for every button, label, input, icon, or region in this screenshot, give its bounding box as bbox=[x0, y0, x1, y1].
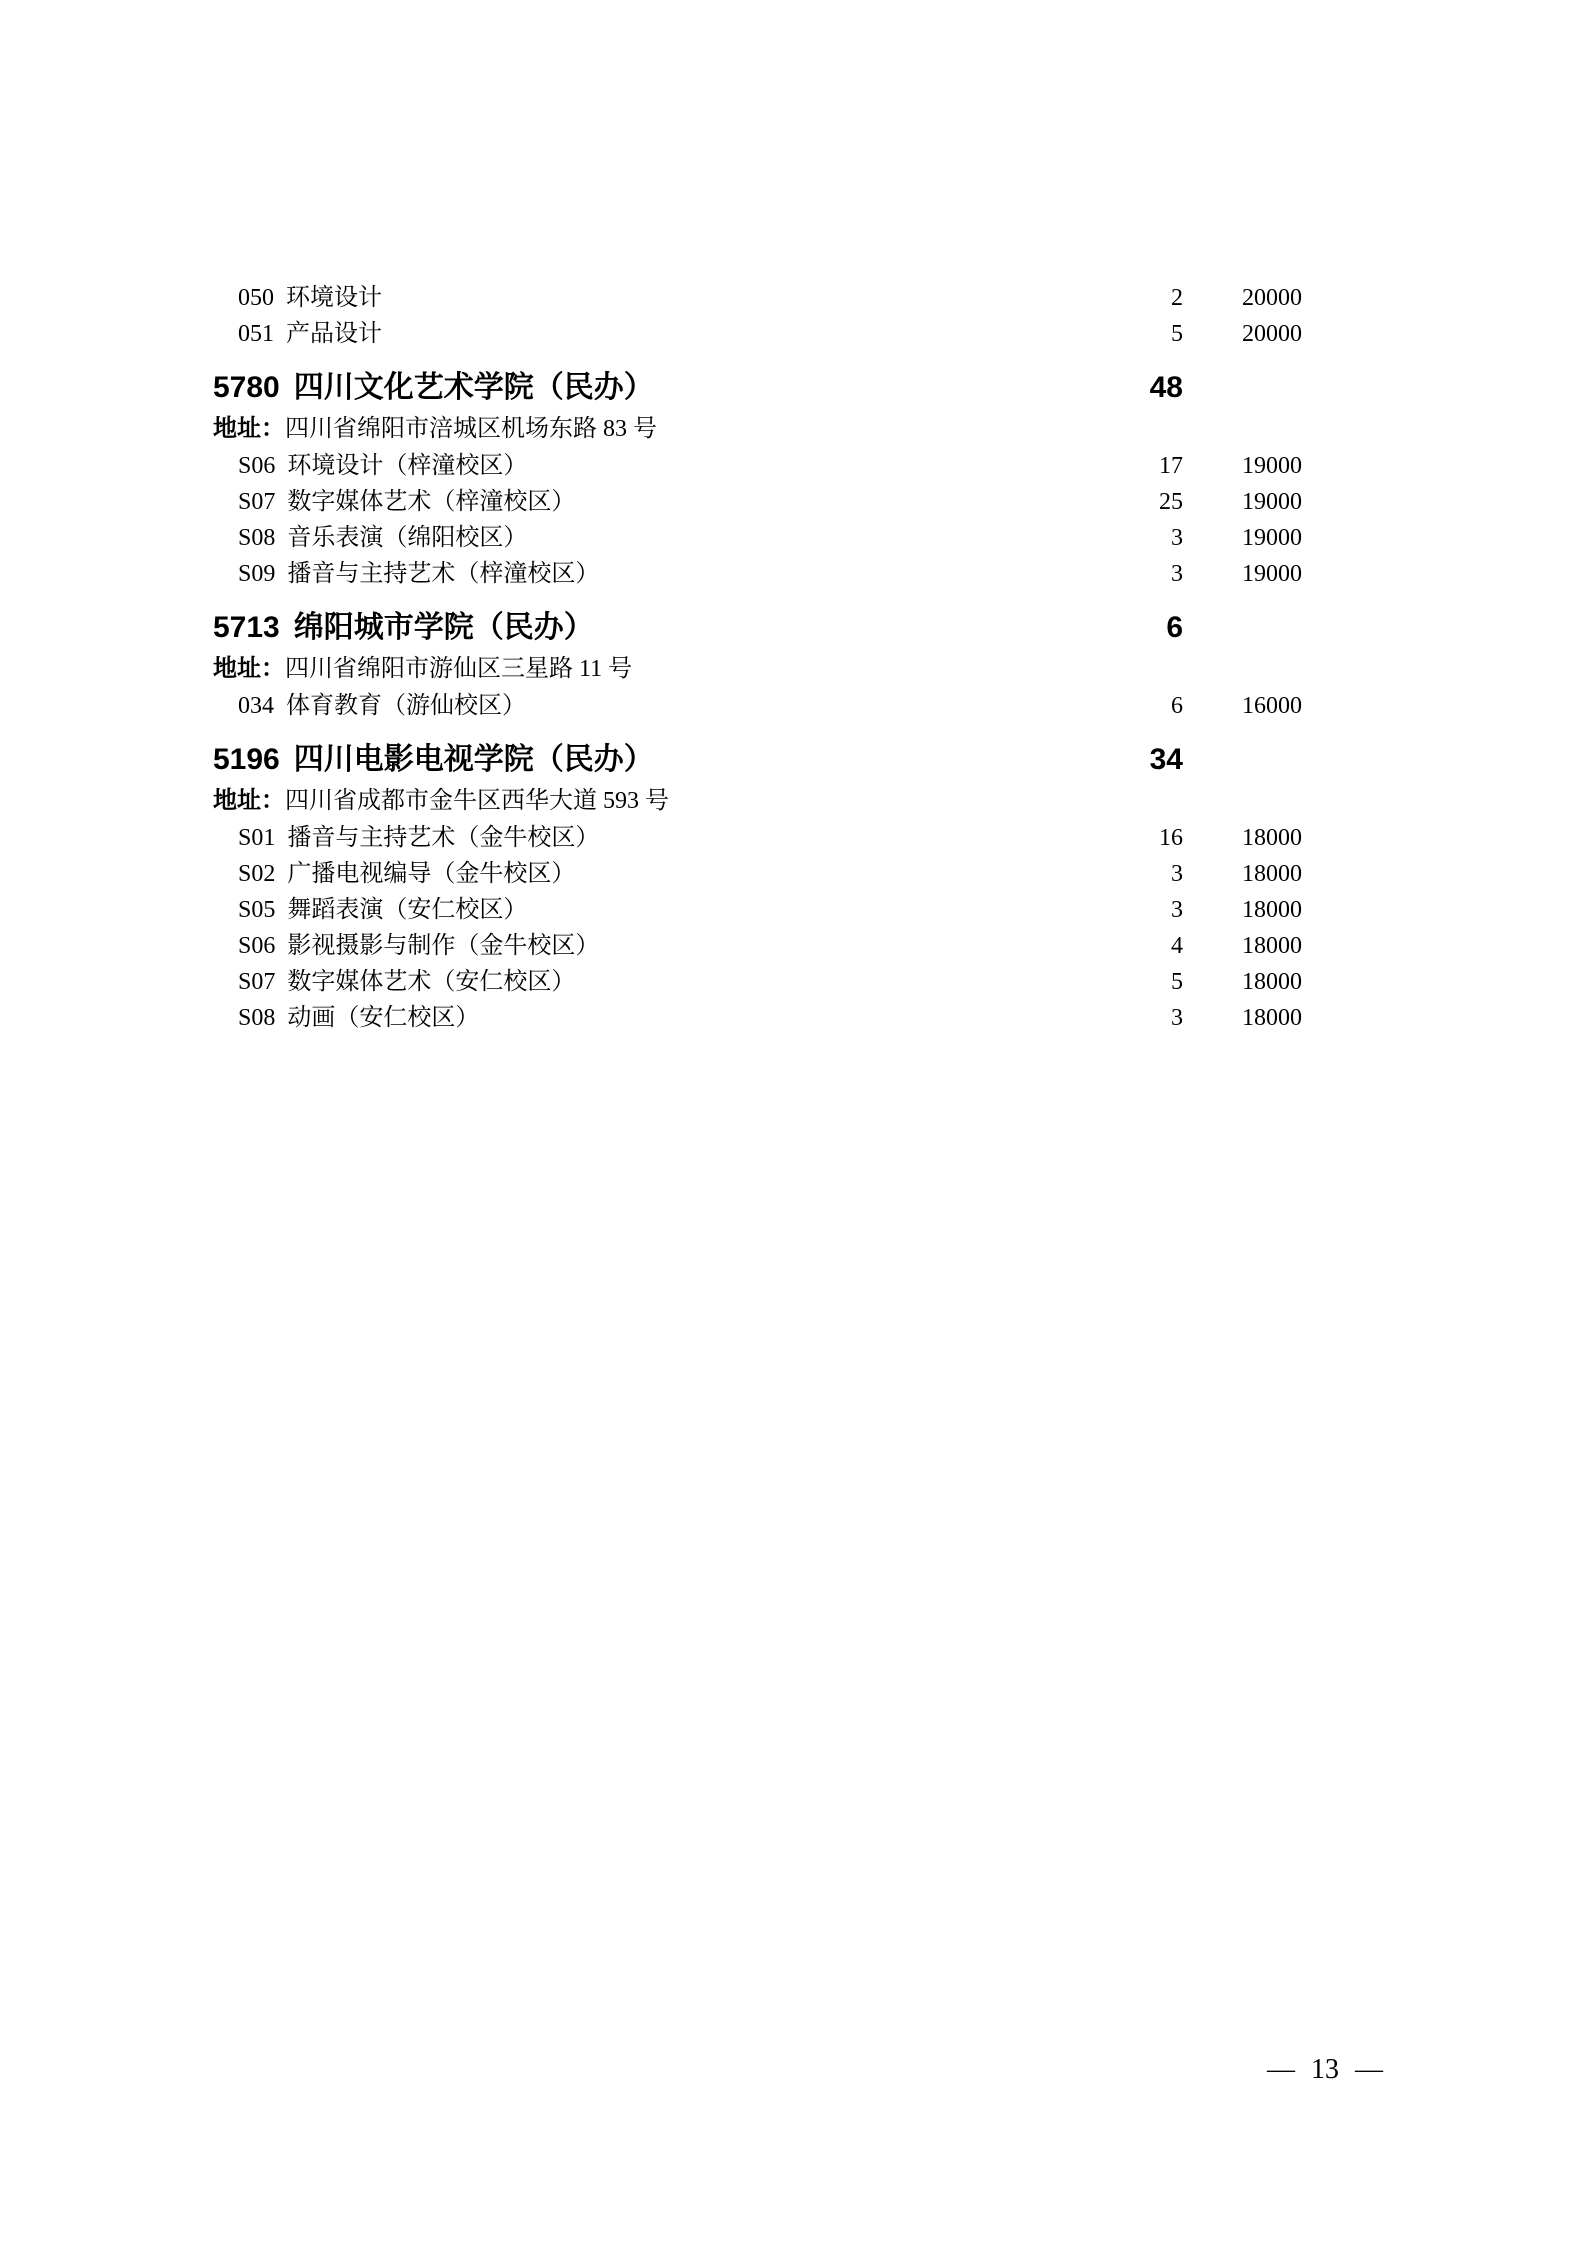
institution-name: 四川电影电视学院（民办） bbox=[294, 738, 1073, 782]
institution-code: 5196 bbox=[213, 738, 280, 782]
program-fee: 16000 bbox=[1183, 688, 1302, 724]
institution-code: 5713 bbox=[213, 606, 280, 650]
program-count: 3 bbox=[1073, 520, 1183, 556]
program-name: 播音与主持艺术（金牛校区） bbox=[287, 820, 1073, 856]
program-name: 播音与主持艺术（梓潼校区） bbox=[287, 556, 1073, 592]
program-fee: 18000 bbox=[1183, 1000, 1302, 1036]
institution-name: 四川文化艺术学院（民办） bbox=[294, 366, 1073, 410]
address-label: 地址： bbox=[213, 782, 285, 820]
program-row: S02 广播电视编导（金牛校区） 3 18000 bbox=[213, 856, 1302, 892]
program-fee: 19000 bbox=[1183, 520, 1302, 556]
program-count: 3 bbox=[1073, 1000, 1183, 1036]
document-page: 050 环境设计 2 20000 051 产品设计 5 20000 5780 四… bbox=[0, 0, 1587, 2245]
program-code: 050 bbox=[238, 280, 274, 316]
institution-count: 6 bbox=[1073, 606, 1183, 650]
program-code: S08 bbox=[238, 520, 275, 556]
address-label: 地址： bbox=[213, 650, 285, 688]
program-fee: 19000 bbox=[1183, 484, 1302, 520]
program-fee: 18000 bbox=[1183, 892, 1302, 928]
program-row: 050 环境设计 2 20000 bbox=[213, 280, 1302, 316]
program-name: 音乐表演（绵阳校区） bbox=[287, 520, 1073, 556]
program-name: 舞蹈表演（安仁校区） bbox=[287, 892, 1073, 928]
program-code: S08 bbox=[238, 1000, 275, 1036]
program-count: 16 bbox=[1073, 820, 1183, 856]
program-row: S08 动画（安仁校区） 3 18000 bbox=[213, 1000, 1302, 1036]
institution-count: 34 bbox=[1073, 738, 1183, 782]
program-row: 051 产品设计 5 20000 bbox=[213, 316, 1302, 352]
program-code: S06 bbox=[238, 928, 275, 964]
program-row: S09 播音与主持艺术（梓潼校区） 3 19000 bbox=[213, 556, 1302, 592]
institution-header: 5196 四川电影电视学院（民办） 34 bbox=[213, 738, 1302, 782]
program-fee: 20000 bbox=[1183, 316, 1302, 352]
program-count: 4 bbox=[1073, 928, 1183, 964]
program-row: S07 数字媒体艺术（安仁校区） 5 18000 bbox=[213, 964, 1302, 1000]
address-text: 四川省绵阳市涪城区机场东路 83 号 bbox=[285, 410, 657, 448]
program-name: 影视摄影与制作（金牛校区） bbox=[287, 928, 1073, 964]
program-count: 6 bbox=[1073, 688, 1183, 724]
institution-header: 5713 绵阳城市学院（民办） 6 bbox=[213, 606, 1302, 650]
program-code: S05 bbox=[238, 892, 275, 928]
program-count: 3 bbox=[1073, 892, 1183, 928]
address-row: 地址： 四川省成都市金牛区西华大道 593 号 bbox=[213, 782, 1302, 820]
program-row: S06 影视摄影与制作（金牛校区） 4 18000 bbox=[213, 928, 1302, 964]
program-code: S07 bbox=[238, 964, 275, 1000]
program-fee: 18000 bbox=[1183, 928, 1302, 964]
program-name: 数字媒体艺术（安仁校区） bbox=[287, 964, 1073, 1000]
program-code: S06 bbox=[238, 448, 275, 484]
program-name: 广播电视编导（金牛校区） bbox=[287, 856, 1073, 892]
institution-name: 绵阳城市学院（民办） bbox=[294, 606, 1073, 650]
program-fee: 19000 bbox=[1183, 448, 1302, 484]
program-code: S02 bbox=[238, 856, 275, 892]
program-row: S08 音乐表演（绵阳校区） 3 19000 bbox=[213, 520, 1302, 556]
address-text: 四川省成都市金牛区西华大道 593 号 bbox=[285, 782, 669, 820]
footer-page-number: 13 bbox=[1311, 2052, 1339, 2088]
program-count: 5 bbox=[1073, 316, 1183, 352]
institution-header: 5780 四川文化艺术学院（民办） 48 bbox=[213, 366, 1302, 410]
program-code: S07 bbox=[238, 484, 275, 520]
program-code: 034 bbox=[238, 688, 274, 724]
institution-code: 5780 bbox=[213, 366, 280, 410]
program-count: 5 bbox=[1073, 964, 1183, 1000]
program-count: 3 bbox=[1073, 856, 1183, 892]
program-count: 17 bbox=[1073, 448, 1183, 484]
program-row: S01 播音与主持艺术（金牛校区） 16 18000 bbox=[213, 820, 1302, 856]
program-fee: 18000 bbox=[1183, 856, 1302, 892]
program-fee: 19000 bbox=[1183, 556, 1302, 592]
address-label: 地址： bbox=[213, 410, 285, 448]
program-row: S07 数字媒体艺术（梓潼校区） 25 19000 bbox=[213, 484, 1302, 520]
footer-dash-left: — bbox=[1267, 2052, 1295, 2088]
program-count: 2 bbox=[1073, 280, 1183, 316]
program-fee: 18000 bbox=[1183, 964, 1302, 1000]
program-row: S05 舞蹈表演（安仁校区） 3 18000 bbox=[213, 892, 1302, 928]
program-name: 环境设计 bbox=[286, 280, 1073, 316]
program-name: 动画（安仁校区） bbox=[287, 1000, 1073, 1036]
program-code: S09 bbox=[238, 556, 275, 592]
program-code: 051 bbox=[238, 316, 274, 352]
program-row: 034 体育教育（游仙校区） 6 16000 bbox=[213, 688, 1302, 724]
institution-count: 48 bbox=[1073, 366, 1183, 410]
program-count: 3 bbox=[1073, 556, 1183, 592]
address-text: 四川省绵阳市游仙区三星路 11 号 bbox=[285, 650, 632, 688]
program-name: 环境设计（梓潼校区） bbox=[287, 448, 1073, 484]
program-fee: 20000 bbox=[1183, 280, 1302, 316]
page-number: — 13 — bbox=[1267, 2052, 1383, 2088]
program-name: 数字媒体艺术（梓潼校区） bbox=[287, 484, 1073, 520]
program-row: S06 环境设计（梓潼校区） 17 19000 bbox=[213, 448, 1302, 484]
program-code: S01 bbox=[238, 820, 275, 856]
footer-dash-right: — bbox=[1355, 2052, 1383, 2088]
program-fee: 18000 bbox=[1183, 820, 1302, 856]
program-name: 体育教育（游仙校区） bbox=[286, 688, 1073, 724]
program-name: 产品设计 bbox=[286, 316, 1073, 352]
address-row: 地址： 四川省绵阳市游仙区三星路 11 号 bbox=[213, 650, 1302, 688]
address-row: 地址： 四川省绵阳市涪城区机场东路 83 号 bbox=[213, 410, 1302, 448]
program-count: 25 bbox=[1073, 484, 1183, 520]
page-content: 050 环境设计 2 20000 051 产品设计 5 20000 5780 四… bbox=[213, 280, 1302, 1036]
